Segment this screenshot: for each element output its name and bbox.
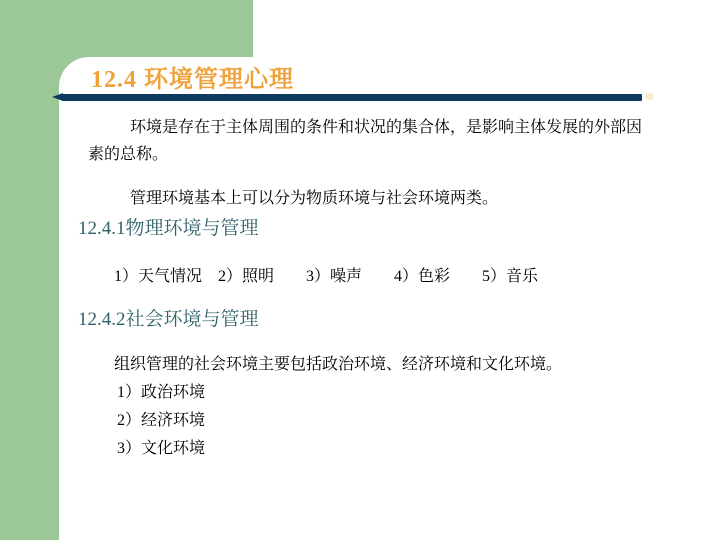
section-heading-social-environment: 12.4.2社会环境与管理 <box>78 304 259 331</box>
social-environment-item-political: 1）政治环境 <box>117 379 205 402</box>
social-environment-intro: 组织管理的社会环境主要包括政治环境、经济环境和文化环境。 <box>114 351 562 374</box>
presentation-slide: 12.4 环境管理心理 环境是存在于主体周围的条件和状况的集合体，是影响主体发展… <box>0 0 720 540</box>
section-heading-physical-environment: 12.4.1物理环境与管理 <box>78 213 259 240</box>
social-environment-item-economic: 2）经济环境 <box>117 407 205 430</box>
physical-environment-items-line: 1）天气情况 2）照明 3）噪声 4）色彩 5）音乐 <box>114 263 538 286</box>
paragraph-environment-types: 管理环境基本上可以分为物质环境与社会环境两类。 <box>130 185 498 208</box>
title-divider-rule <box>62 94 642 101</box>
left-green-sidebar <box>0 0 60 540</box>
rule-end-dot-icon <box>645 93 654 100</box>
paragraph-environment-definition: 环境是存在于主体周围的条件和状况的集合体，是影响主体发展的外部因素的总称。 <box>88 114 650 168</box>
social-environment-item-cultural: 3）文化环境 <box>117 435 205 458</box>
slide-title: 12.4 环境管理心理 <box>91 59 294 94</box>
